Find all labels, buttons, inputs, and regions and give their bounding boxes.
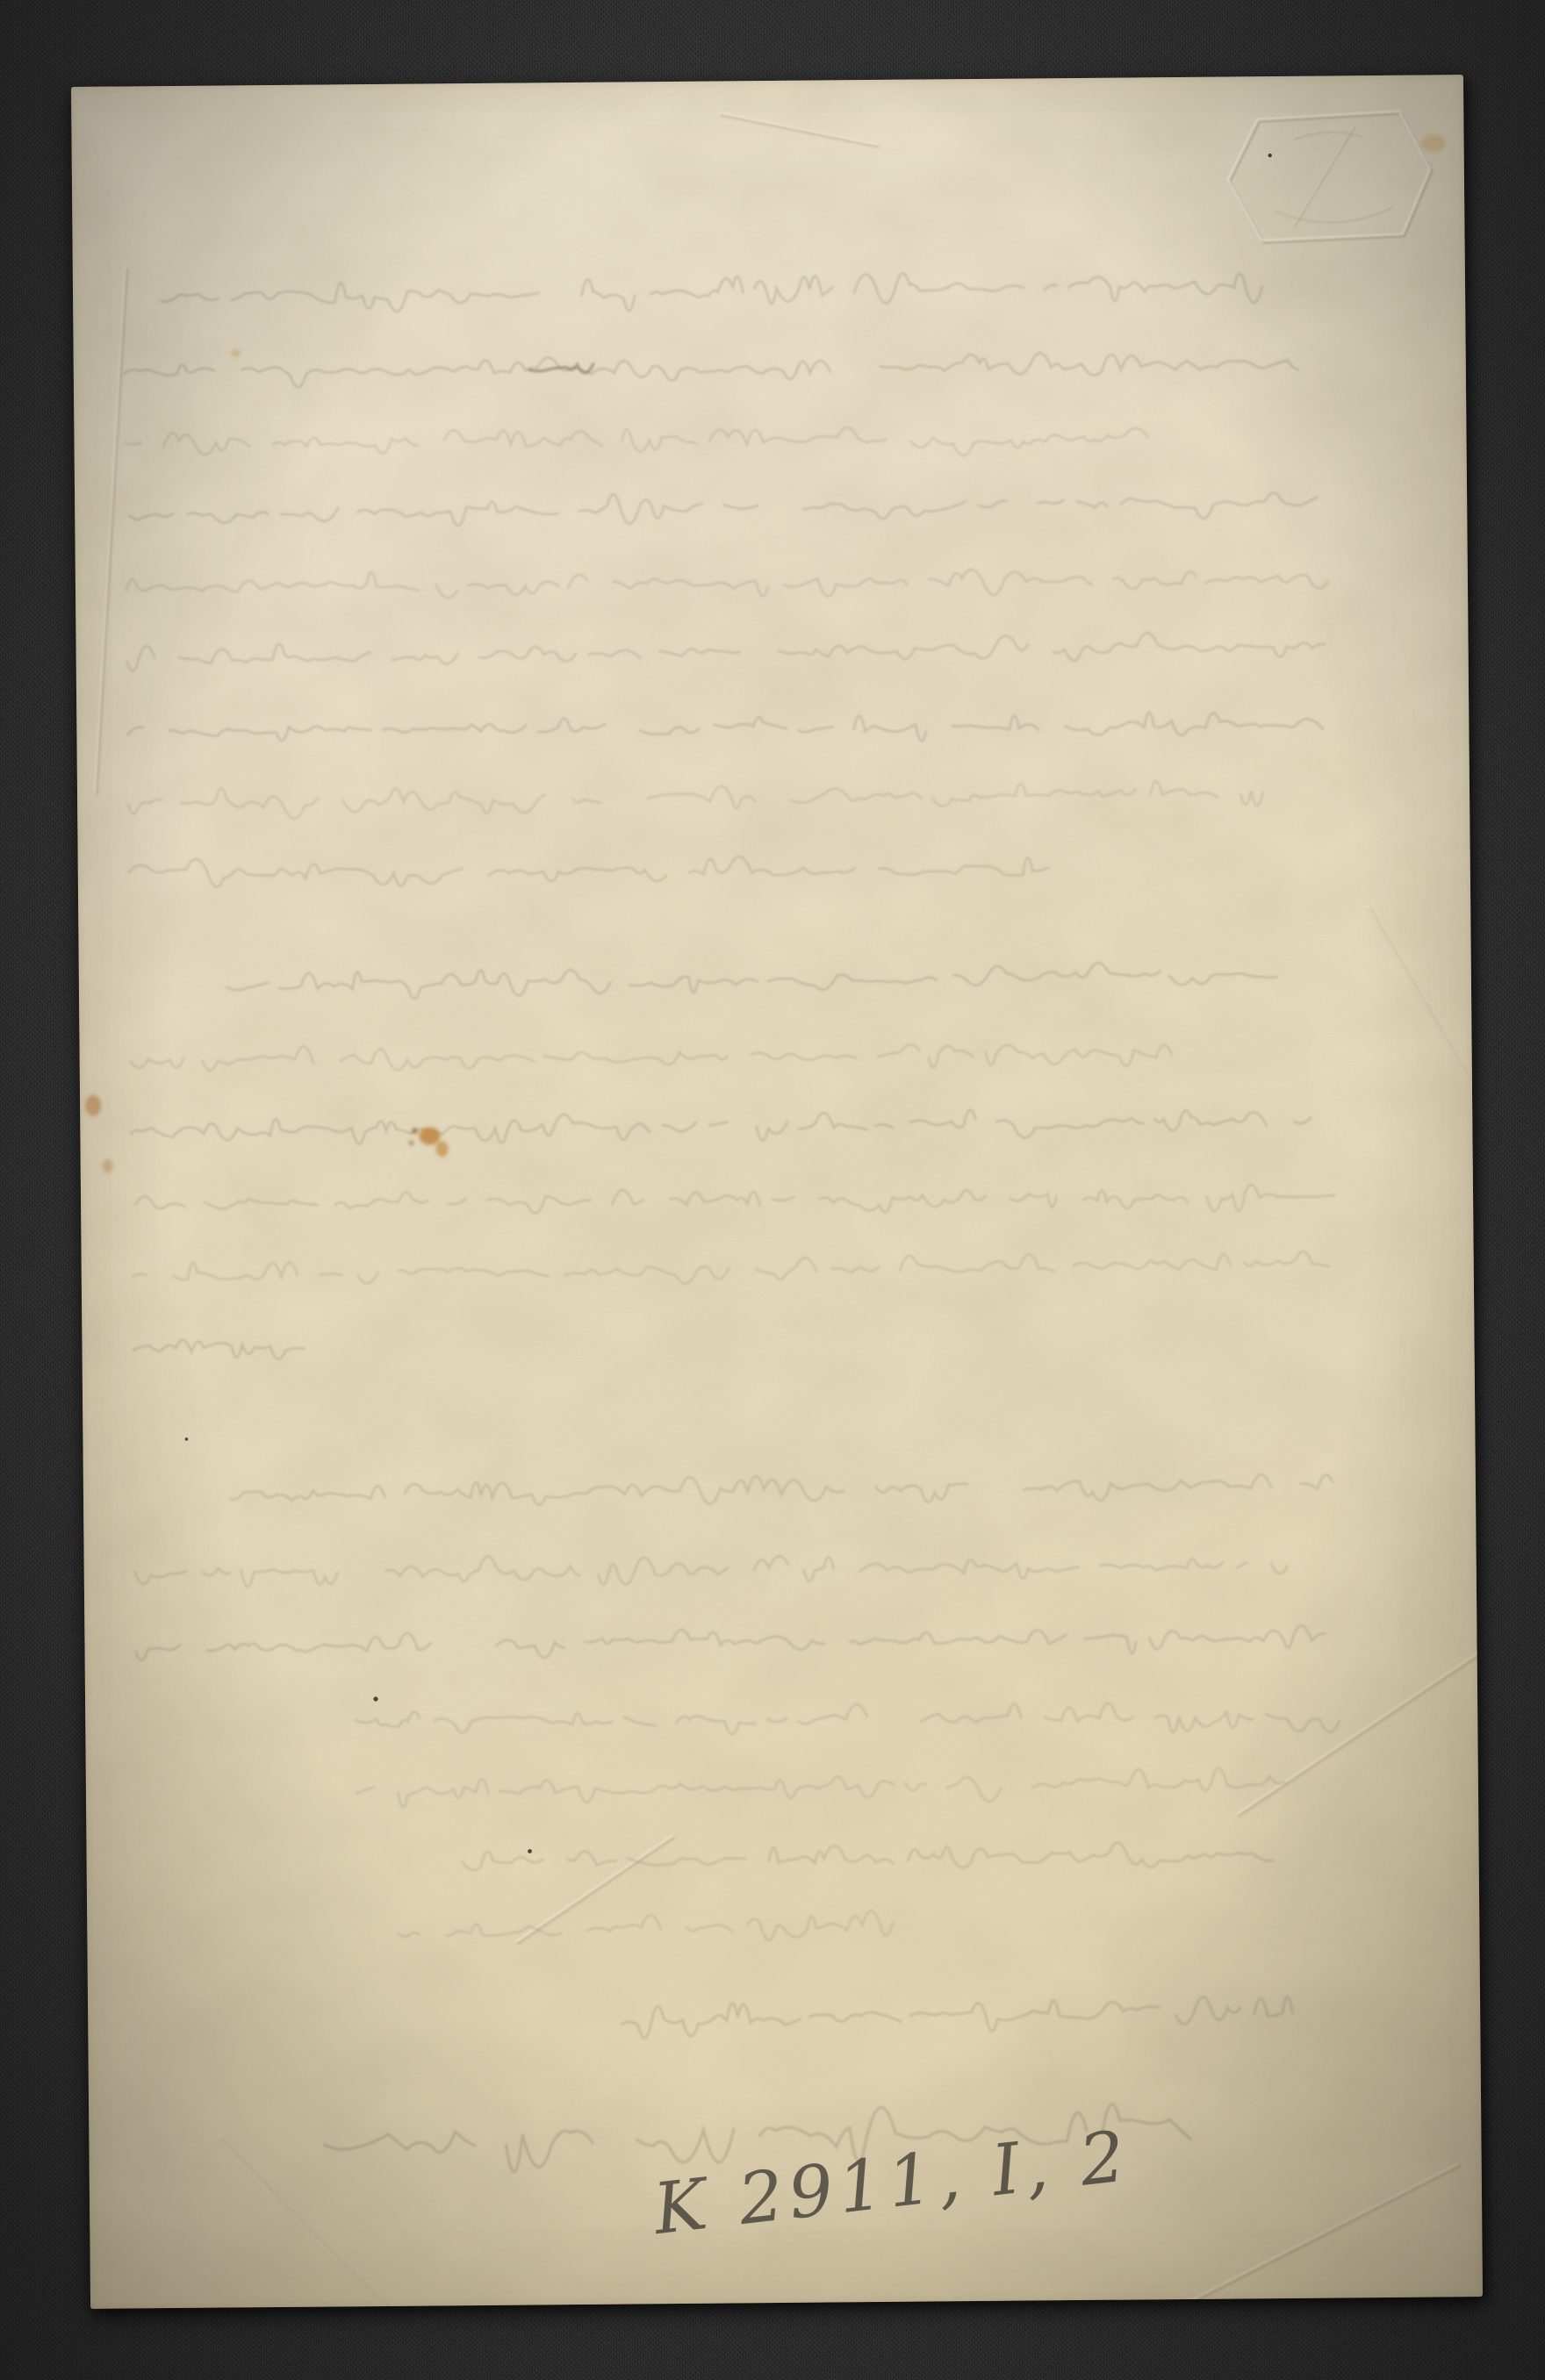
letter-page: K 2911, I, 2 [71, 75, 1483, 2309]
photograph-of-letter: { "document": { "description": "Photogra… [0, 0, 1545, 2380]
paper-grain [71, 75, 1483, 2309]
paper-surface: K 2911, I, 2 [71, 75, 1483, 2309]
